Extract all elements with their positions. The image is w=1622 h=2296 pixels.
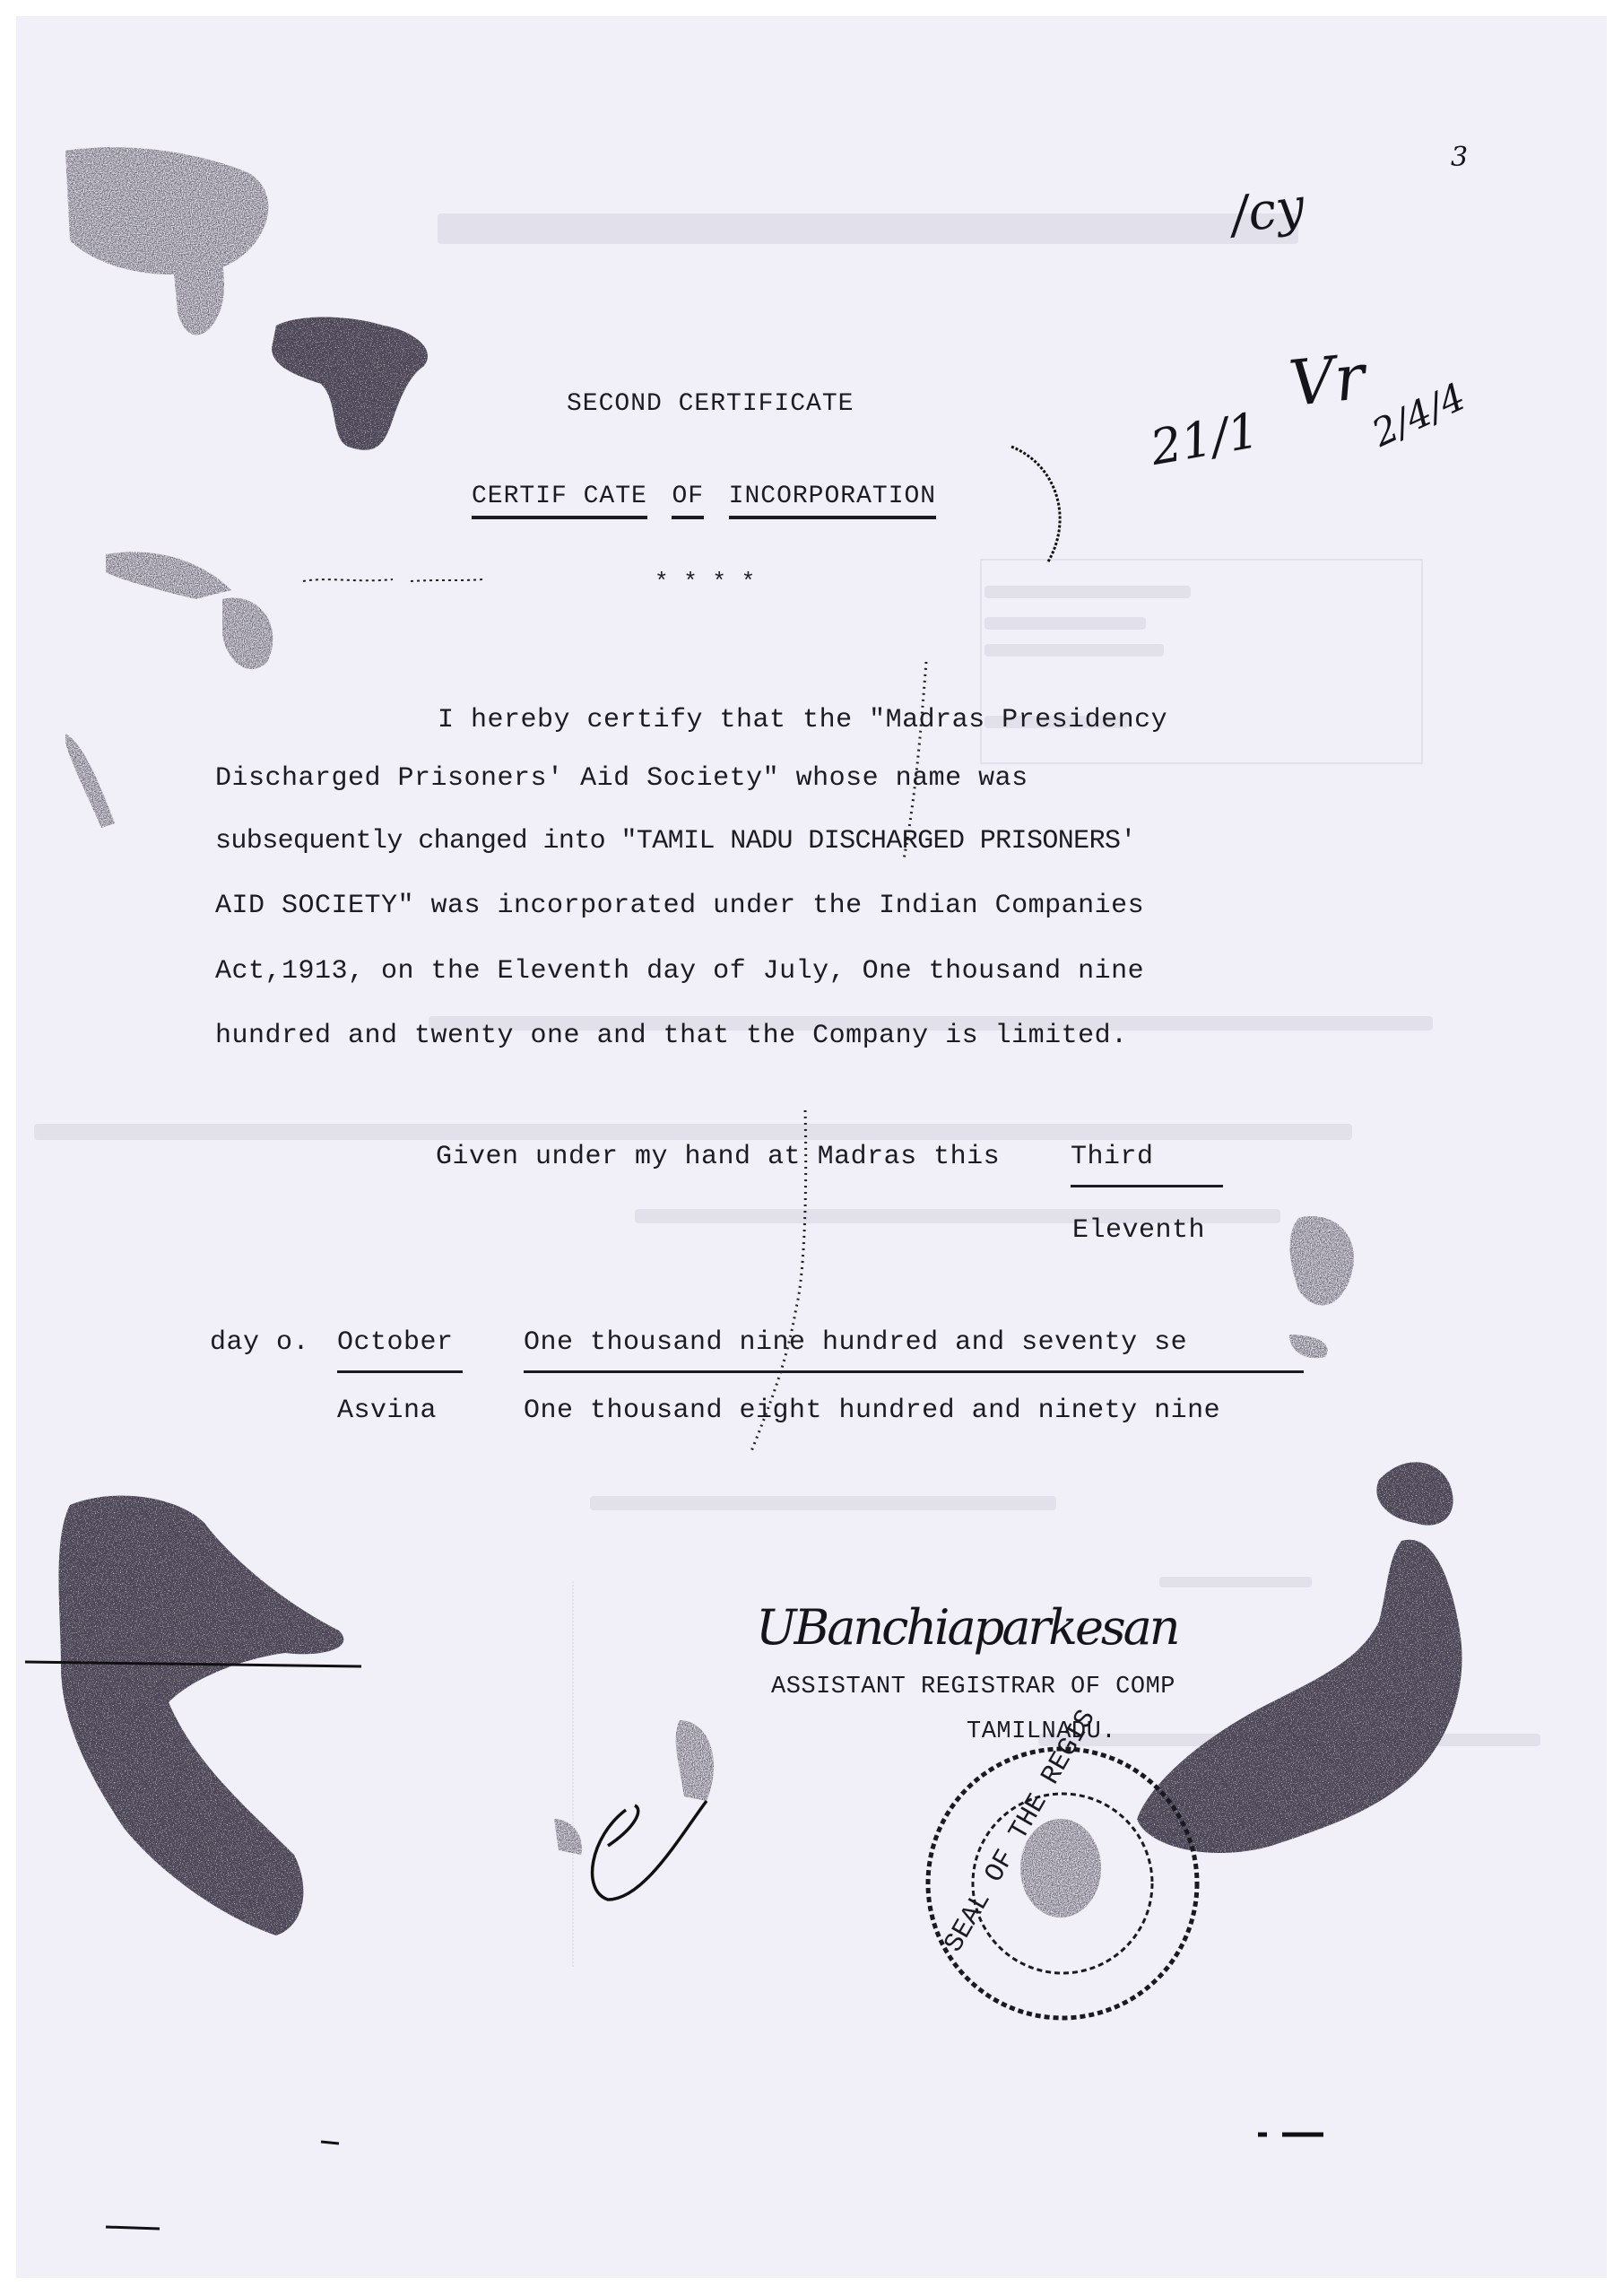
photocopy-artifacts: SEAL OF THE REGIS bbox=[16, 16, 1607, 2278]
speckle-left-margin bbox=[65, 552, 273, 828]
ink-blot-top-left bbox=[272, 317, 428, 450]
ink-blot-bottom-left bbox=[59, 1496, 344, 1935]
ink-blot-right bbox=[1137, 1462, 1462, 1853]
handwritten-initial bbox=[593, 1801, 707, 1900]
speckle-top-left bbox=[65, 147, 268, 335]
document-page: SECOND CERTIFICATE CERTIF CATE OF INCORP… bbox=[16, 16, 1607, 2278]
speckle-right-eleventh bbox=[1289, 1216, 1354, 1358]
